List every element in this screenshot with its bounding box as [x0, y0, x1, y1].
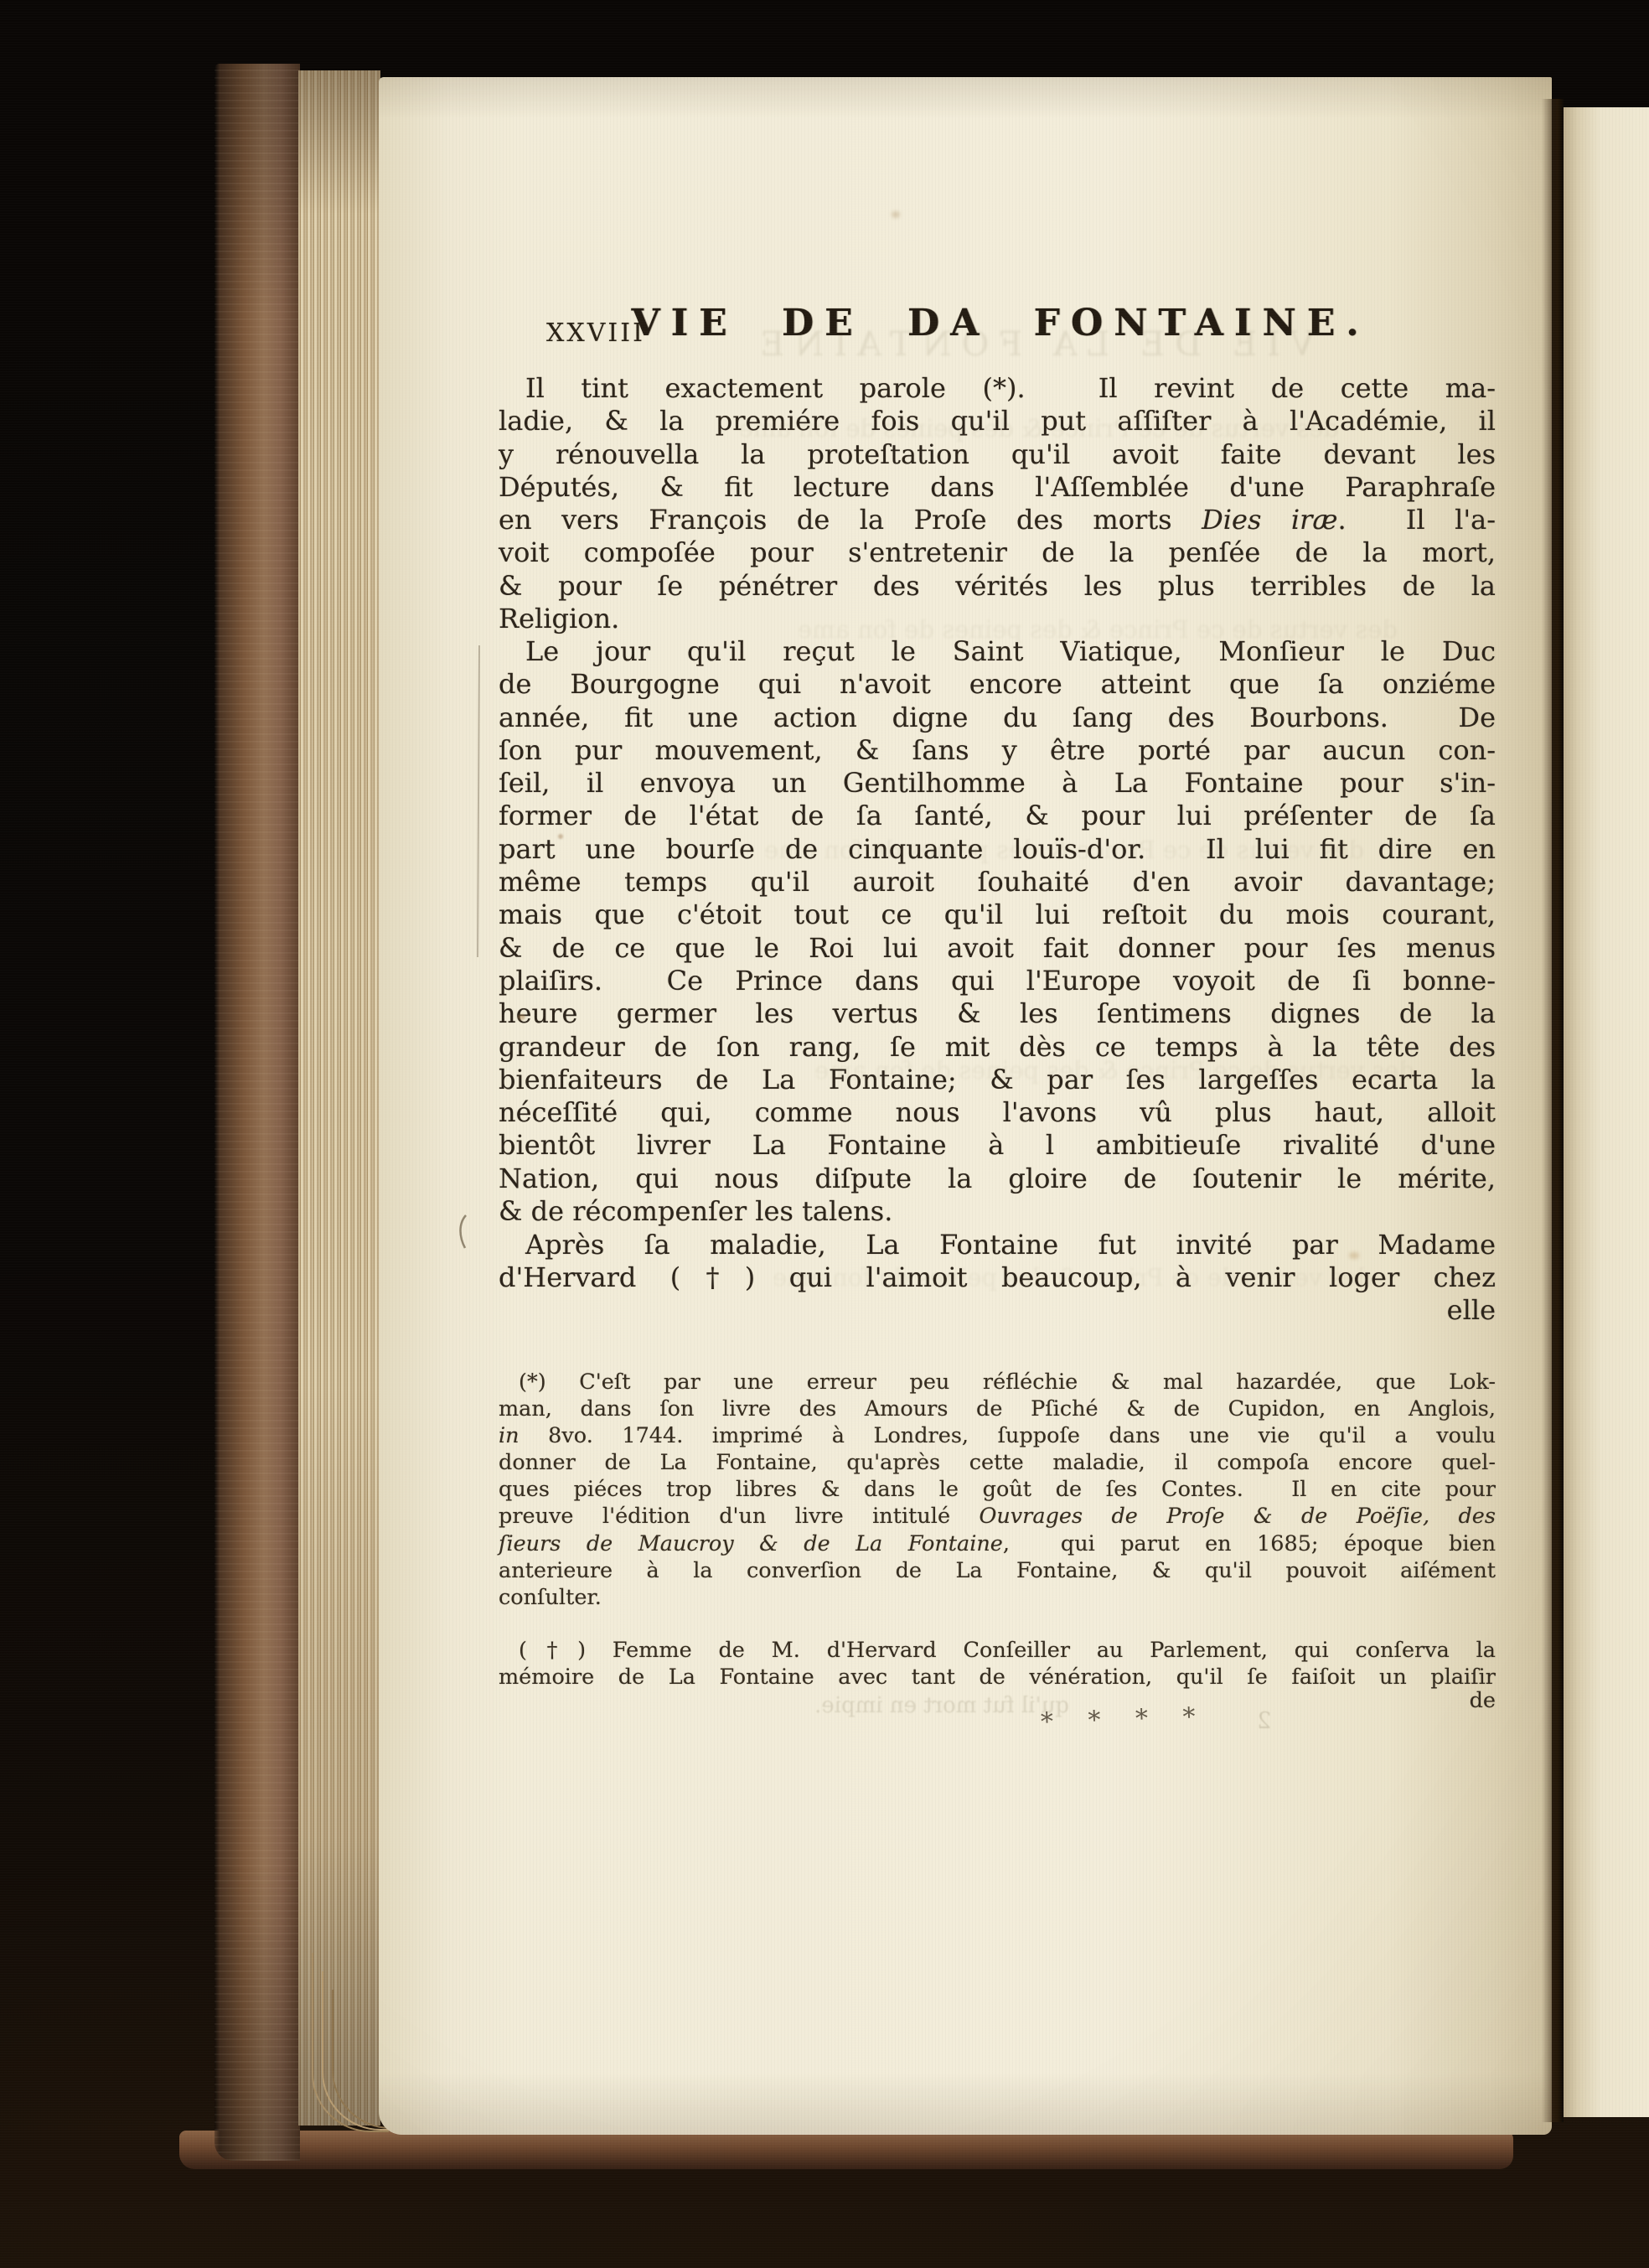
text-line: ques piéces trop libres & dans le goût d… — [499, 1476, 1496, 1503]
text-line: Nation, qui nous diſpute la gloire de ſo… — [499, 1162, 1496, 1195]
text-line: conſulter. — [499, 1584, 1496, 1611]
text-line: en vers François de la Proſe des morts D… — [499, 504, 1496, 536]
book-page: VIE DE LA FONTAINE des vertus de ce Prin… — [379, 77, 1552, 2135]
text-line: mémoire de La Fontaine avec tant de véné… — [499, 1664, 1496, 1691]
next-page-sliver — [1562, 107, 1649, 2117]
book-gutter-shadow — [1542, 99, 1564, 2122]
pen-mark — [456, 1214, 474, 1251]
text-line: Il tint exactement parole (*). Il revint… — [499, 372, 1496, 405]
text-line: in 8vo. 1744. imprimé à Londres, ſuppoſe… — [499, 1422, 1496, 1449]
scanned-book-photo: VIE DE LA FONTAINE des vertus de ce Prin… — [0, 0, 1649, 2268]
page-crease — [477, 645, 480, 957]
footnote-dagger: (†) Femme de M. d'Hervard Conſeiller au … — [499, 1637, 1496, 1691]
paragraph: Après ſa maladie, La Fontaine fut invité… — [499, 1229, 1496, 1295]
text-line: grandeur de ſon rang, ſe mit dès ce temp… — [499, 1031, 1496, 1064]
text-line: donner de La Fontaine, qu'après cette ma… — [499, 1449, 1496, 1476]
text-line: heure germer les vertus & les ſentimens … — [499, 997, 1496, 1030]
paragraph: Le jour qu'il reçut le Saint Viatique, M… — [499, 635, 1496, 1228]
text-line: & pour ſe pénétrer des vérités les plus … — [499, 570, 1496, 603]
text-line: d'Hervard (†) qui l'aimoit beaucoup, à v… — [499, 1261, 1496, 1294]
running-title: VIE DE DA FONTAINE. — [623, 302, 1378, 344]
text-line: man, dans ſon livre des Amours de Pſiché… — [499, 1395, 1496, 1422]
text-line: année, fit une action digne du ſang des … — [499, 702, 1496, 734]
text-line: Le jour qu'il reçut le Saint Viatique, M… — [499, 635, 1496, 668]
text-line: preuve l'édition d'un livre intitulé Ouv… — [499, 1503, 1496, 1530]
text-line: former de l'état de ſa ſanté, & pour lui… — [499, 800, 1496, 832]
signature-mark: * * * * — [1040, 1702, 1209, 1737]
text-line: part une bourſe de cinquante louïs-d'or.… — [499, 833, 1496, 866]
text-line: plaiſirs. Ce Prince dans qui l'Europe vo… — [499, 965, 1496, 997]
catchword: elle — [499, 1294, 1496, 1326]
foxing-spot — [892, 211, 900, 218]
text-line: (†) Femme de M. d'Hervard Conſeiller au … — [499, 1637, 1496, 1664]
text-line: ſieurs de Maucroy & de La Fontaine, qui … — [499, 1530, 1496, 1557]
text-line: néceſſité qui, comme nous l'avons vû plu… — [499, 1096, 1496, 1129]
text-line: mais que c'étoit tout ce qu'il lui reſto… — [499, 898, 1496, 931]
text-line: même temps qu'il auroit ſouhaité d'en av… — [499, 866, 1496, 898]
text-line: Après ſa maladie, La Fontaine fut invité… — [499, 1229, 1496, 1261]
text-line: de Bourgogne qui n'avoit encore atteint … — [499, 668, 1496, 701]
catchword: de — [499, 1688, 1496, 1713]
book-spine-leather — [215, 64, 300, 2161]
book-bottom-edge-leather — [179, 2131, 1513, 2169]
text-line: bienfaiteurs de La Fontaine; & par ſes l… — [499, 1064, 1496, 1096]
text-line: & de ce que le Roi lui avoit fait donner… — [499, 932, 1496, 965]
text-line: & de récompenſer les talens. — [499, 1195, 1496, 1228]
text-line: bientôt livrer La Fontaine à l ambitieuſ… — [499, 1129, 1496, 1162]
text-line: ſeil, il envoya un Gentilhomme à La Font… — [499, 767, 1496, 800]
text-line: ladie, & la premiére fois qu'il put aſſi… — [499, 405, 1496, 438]
text-line: ſon pur mouvement, & ſans y être porté p… — [499, 734, 1496, 767]
page-fore-edge-stack — [298, 70, 380, 2126]
text-line: Députés, & fit lecture dans l'Aſſemblée … — [499, 471, 1496, 504]
text-line: voit compoſée pour s'entretenir de la pe… — [499, 536, 1496, 569]
text-line: y rénouvella la proteſtation qu'il avoit… — [499, 438, 1496, 471]
text-line: anterieure à la converſion de La Fontain… — [499, 1557, 1496, 1584]
text-line: Religion. — [499, 603, 1496, 635]
footnote-star: (*) C'eſt par une erreur peu réfléchie &… — [499, 1369, 1496, 1611]
text-line: (*) C'eſt par une erreur peu réfléchie &… — [499, 1369, 1496, 1395]
paragraph: Il tint exactement parole (*). Il revint… — [499, 372, 1496, 635]
